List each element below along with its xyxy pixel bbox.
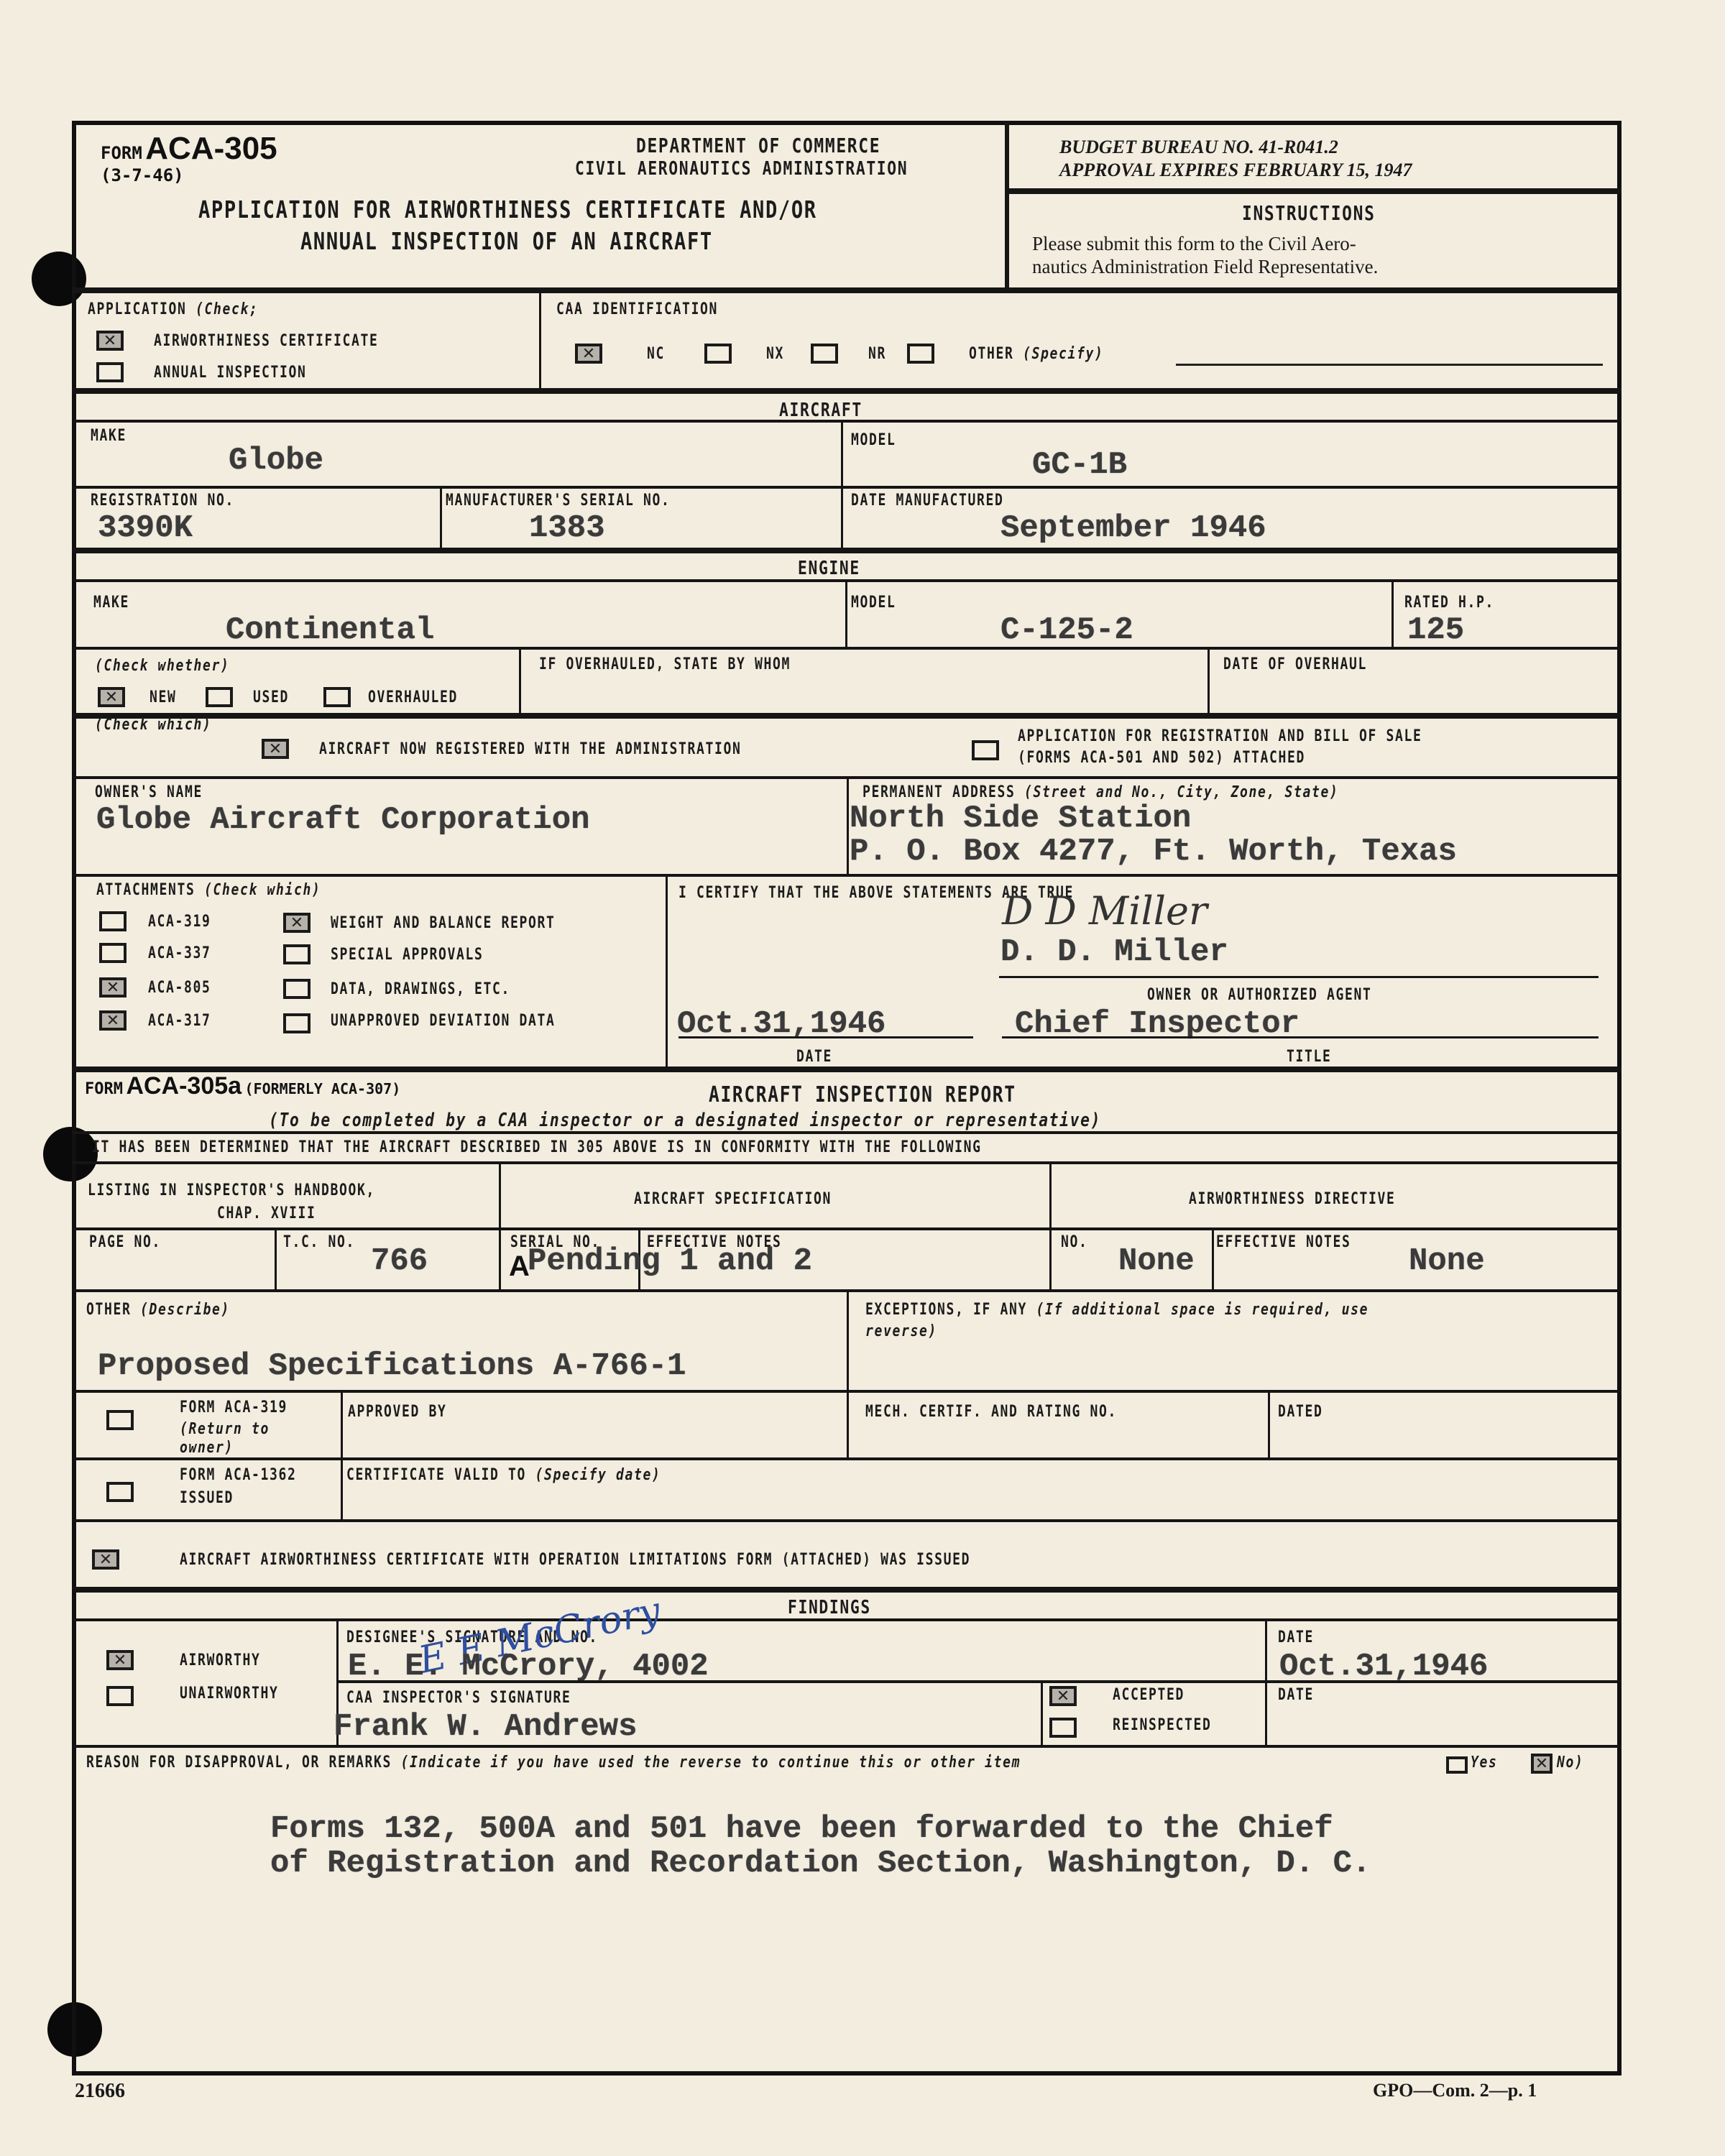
aircraft-specification-label: AIRCRAFT SPECIFICATION — [634, 1190, 832, 1208]
nx-label: NX — [766, 345, 784, 363]
caa-inspector-label: CAA INSPECTOR'S SIGNATURE — [346, 1689, 571, 1707]
registration-label: REGISTRATION NO. — [91, 492, 234, 510]
rule — [72, 1618, 1621, 1621]
aircraft-model-value: GC-1B — [1032, 447, 1127, 483]
date-manufactured-value: September 1946 — [1000, 510, 1266, 546]
budget-box-divider — [1005, 188, 1621, 194]
other-checkbox[interactable] — [907, 344, 934, 364]
serial-no-value: A — [509, 1250, 530, 1283]
caa-inspector-value: Frank W. Andrews — [333, 1709, 637, 1745]
attachment-aca-319-checkbox[interactable] — [99, 911, 126, 931]
ad-effective-notes-label: EFFECTIVE NOTES — [1216, 1233, 1351, 1251]
unairworthy-checkbox[interactable] — [106, 1686, 134, 1706]
divider — [847, 776, 849, 877]
conformity-statement: IT HAS BEEN DETERMINED THAT THE AIRCRAFT… — [92, 1138, 982, 1156]
certification-date-label: DATE — [796, 1048, 832, 1066]
divider — [1391, 579, 1394, 648]
caa-identification-label: CAA IDENTIFICATION — [556, 300, 718, 318]
owner-signature: D D Miller — [1002, 888, 1207, 934]
attachment-aca-319-label: ACA-319 — [148, 913, 211, 931]
certification-title-label: TITLE — [1287, 1048, 1332, 1066]
registration-value: 3390K — [98, 510, 193, 546]
address-line1: North Side Station — [850, 801, 1191, 837]
special-approvals-label: SPECIAL APPROVALS — [331, 946, 484, 964]
tc-no-value: 766 — [371, 1243, 428, 1279]
form-aca-1362-checkbox[interactable] — [106, 1482, 134, 1502]
dated-label: DATED — [1278, 1403, 1323, 1421]
other-label: OTHER (Specify) — [969, 345, 1104, 363]
engine-section-title: ENGINE — [798, 558, 860, 579]
exceptions-note-line2: reverse) — [865, 1322, 937, 1340]
tc-no-label: T.C. NO. — [283, 1233, 355, 1251]
airworthiness-certificate-checkbox[interactable]: ✕ — [96, 331, 124, 351]
divider — [275, 1227, 277, 1291]
attachments-label: ATTACHMENTS (Check which) — [96, 881, 321, 899]
form-prefix: FORM — [101, 143, 142, 163]
divider — [847, 1289, 849, 1459]
new-checkbox[interactable]: ✕ — [98, 687, 125, 707]
inspection-form-number: FORM ACA-305a (FORMERLY ACA-307) — [85, 1072, 400, 1100]
remarks-label: REASON FOR DISAPPROVAL, OR REMARKS (Indi… — [86, 1754, 1021, 1772]
divider — [666, 874, 668, 1068]
attachment-aca-805-label: ACA-805 — [148, 979, 211, 997]
nc-label: NC — [647, 345, 665, 363]
form-aca-319-line1: FORM ACA-319 — [180, 1399, 287, 1416]
check-which-label: (Check which) — [95, 716, 212, 734]
weight-balance-checkbox[interactable]: ✕ — [283, 913, 310, 933]
airworthiness-certificate-label: AIRWORTHINESS CERTIFICATE — [154, 332, 379, 350]
engine-section-rule — [72, 548, 1621, 553]
remarks-yes-label: Yes — [1471, 1754, 1498, 1772]
annual-inspection-label: ANNUAL INSPECTION — [154, 364, 307, 382]
overhauled-checkbox[interactable] — [323, 687, 351, 707]
engine-model-label: MODEL — [851, 594, 896, 612]
rule — [336, 1680, 1621, 1683]
rule — [72, 713, 1621, 719]
form-number: ACA-305 — [145, 131, 277, 166]
nr-checkbox[interactable] — [811, 344, 838, 364]
overhauled-by-field[interactable] — [532, 677, 1200, 713]
form-title-line1: APPLICATION FOR AIRWORTHINESS CERTIFICAT… — [198, 195, 817, 224]
rule — [72, 486, 1621, 489]
inspection-report-title: AIRCRAFT INSPECTION REPORT — [709, 1082, 1016, 1107]
registration-application-line2: (FORMS ACA-501 AND 502) ATTACHED — [1018, 749, 1305, 767]
inspection-report-rule — [72, 1067, 1621, 1072]
divider — [841, 420, 843, 549]
ad-effective-notes-value: None — [1409, 1243, 1485, 1279]
rule — [72, 1227, 1621, 1230]
application-divider — [539, 290, 541, 391]
form-aca-1362-line1: FORM ACA-1362 — [180, 1466, 297, 1484]
registered-checkbox[interactable]: ✕ — [262, 739, 289, 759]
listing-label-line1: LISTING IN INSPECTOR'S HANDBOOK, — [88, 1181, 375, 1199]
used-checkbox[interactable] — [206, 687, 233, 707]
divider — [1041, 1680, 1043, 1746]
rule — [72, 1161, 1621, 1164]
rule — [72, 420, 1621, 423]
budget-bureau-line: BUDGET BUREAU NO. 41-R041.2 — [1059, 137, 1338, 158]
divider — [1049, 1161, 1052, 1291]
other-describe-value: Proposed Specifications A-766-1 — [98, 1348, 686, 1384]
attachment-aca-337-label: ACA-337 — [148, 944, 211, 962]
attachment-aca-317-label: ACA-317 — [148, 1012, 211, 1030]
form-aca-1362-line2: ISSUED — [180, 1489, 234, 1507]
effective-notes-value: Pending 1 and 2 — [528, 1243, 812, 1279]
designee-typed-name: E. E. McCrory, 4002 — [348, 1649, 709, 1685]
footer-right-code: GPO—Com. 2—p. 1 — [1373, 2080, 1537, 2101]
engine-condition-label: (Check whether) — [95, 657, 230, 675]
owner-typed-name: D. D. Miller — [1000, 934, 1228, 970]
divider — [1268, 1390, 1270, 1459]
findings-date-label: DATE — [1278, 1628, 1314, 1646]
mech-cert-label: MECH. CERTIF. AND RATING NO. — [865, 1403, 1117, 1421]
approved-by-label: APPROVED BY — [348, 1403, 447, 1421]
address-label: PERMANENT ADDRESS (Street and No., City,… — [862, 783, 1339, 801]
remarks-yes-checkbox[interactable] — [1446, 1756, 1468, 1774]
nr-label: NR — [868, 345, 886, 363]
divider — [1207, 647, 1210, 716]
application-label: APPLICATION (Check; — [88, 300, 259, 318]
ad-no-label: NO. — [1061, 1233, 1088, 1251]
nc-checkbox[interactable]: ✕ — [575, 344, 602, 364]
owner-name-label: OWNER'S NAME — [95, 783, 203, 801]
attachment-aca-337-checkbox[interactable] — [99, 943, 126, 963]
data-drawings-checkbox[interactable] — [283, 979, 310, 999]
serial-value: 1383 — [529, 510, 605, 546]
registered-label: AIRCRAFT NOW REGISTERED WITH THE ADMINIS… — [319, 740, 742, 758]
form-aca-319-line3: owner) — [180, 1439, 234, 1457]
header-bottom-rule — [72, 287, 1621, 293]
administration-name: CIVIL AERONAUTICS ADMINISTRATION — [575, 158, 908, 180]
overhaul-date-field[interactable] — [1215, 677, 1610, 713]
page-no-label: PAGE NO. — [89, 1233, 161, 1251]
used-label: USED — [253, 688, 289, 706]
agent-label: OWNER OR AUTHORIZED AGENT — [1147, 986, 1372, 1004]
rated-hp-value: 125 — [1407, 612, 1464, 648]
overhaul-date-label: DATE OF OVERHAUL — [1223, 655, 1367, 673]
registration-application-checkbox[interactable] — [972, 740, 999, 760]
findings-date2-label: DATE — [1278, 1686, 1314, 1704]
certificate-valid-label: CERTIFICATE VALID TO (Specify date) — [346, 1466, 661, 1484]
other-specify-field[interactable] — [1176, 341, 1603, 366]
registration-application-line1: APPLICATION FOR REGISTRATION AND BILL OF… — [1018, 727, 1422, 745]
rule — [72, 1519, 1621, 1522]
findings-title: FINDINGS — [788, 1597, 871, 1618]
rule — [72, 1457, 1621, 1460]
engine-make-value: Continental — [226, 612, 434, 648]
footer-left-code: 21666 — [75, 2080, 125, 2103]
ad-no-value: None — [1118, 1243, 1195, 1279]
attachment-aca-805-checkbox[interactable]: ✕ — [99, 977, 126, 998]
approval-expires-line: APPROVAL EXPIRES FEBRUARY 15, 1947 — [1059, 160, 1412, 181]
exceptions-field[interactable] — [855, 1345, 1610, 1388]
rule — [72, 1745, 1621, 1748]
listing-label-line2: CHAP. XVIII — [217, 1204, 316, 1222]
rule — [72, 1390, 1621, 1393]
owner-name-value: Globe Aircraft Corporation — [96, 802, 590, 838]
engine-model-value: C-125-2 — [1000, 612, 1133, 648]
form-aca-319-checkbox[interactable] — [106, 1410, 134, 1430]
certificate-valid-field[interactable] — [348, 1488, 1606, 1519]
remarks-text-line1: Forms 132, 500A and 501 have been forwar… — [270, 1811, 1333, 1847]
divider — [341, 1390, 343, 1522]
new-label: NEW — [149, 688, 177, 706]
aircraft-make-label: MAKE — [91, 427, 126, 445]
overhauled-label: OVERHAULED — [368, 688, 458, 706]
accepted-label: ACCEPTED — [1113, 1686, 1184, 1704]
aircraft-section-rule — [72, 388, 1621, 394]
operation-limitations-checkbox[interactable]: ✕ — [92, 1549, 119, 1570]
divider — [1212, 1227, 1214, 1291]
date-line — [678, 1036, 973, 1038]
remarks-no-checkbox[interactable]: ✕ — [1531, 1754, 1552, 1774]
rule — [72, 874, 1621, 877]
divider — [519, 647, 521, 716]
unapproved-deviation-label: UNAPPROVED DEVIATION DATA — [331, 1012, 556, 1030]
nx-checkbox[interactable] — [704, 344, 732, 364]
engine-make-label: MAKE — [93, 594, 129, 612]
header-divider — [1005, 121, 1009, 290]
rule — [72, 1131, 1621, 1134]
instructions-title: INSTRUCTIONS — [1242, 201, 1376, 225]
exceptions-label: EXCEPTIONS, IF ANY (If additional space … — [865, 1301, 1368, 1319]
remarks-no-label: No) — [1557, 1754, 1584, 1772]
airworthy-label: AIRWORTHY — [180, 1651, 261, 1669]
airworthiness-directive-label: AIRWORTHINESS DIRECTIVE — [1189, 1190, 1396, 1208]
divider — [499, 1161, 501, 1291]
rule — [72, 647, 1621, 650]
title-line — [1002, 1036, 1598, 1038]
special-approvals-checkbox[interactable] — [283, 944, 310, 964]
aircraft-section-title: AIRCRAFT — [779, 400, 862, 421]
form-number-block: FORM ACA-305 — [101, 131, 277, 167]
overhauled-by-label: IF OVERHAULED, STATE BY WHOM — [539, 655, 791, 673]
rated-hp-label: RATED H.P. — [1404, 594, 1494, 612]
unapproved-deviation-checkbox[interactable] — [283, 1013, 310, 1033]
date-manufactured-label: DATE MANUFACTURED — [851, 492, 1004, 510]
inspection-report-subtitle: (To be completed by a CAA inspector or a… — [269, 1110, 1101, 1131]
aircraft-model-label: MODEL — [851, 431, 896, 449]
remarks-text-line2: of Registration and Recordation Section,… — [270, 1846, 1371, 1881]
aircraft-make-value: Globe — [229, 443, 323, 479]
accepted-checkbox[interactable]: ✕ — [1049, 1686, 1077, 1706]
signature-line — [999, 976, 1598, 978]
reinspected-label: REINSPECTED — [1113, 1716, 1212, 1734]
instructions-line2: nautics Administration Field Representat… — [1032, 256, 1378, 278]
form-date: (3-7-46) — [101, 165, 184, 185]
address-line2: P. O. Box 4277, Ft. Worth, Texas — [850, 834, 1457, 870]
unairworthy-label: UNAIRWORTHY — [180, 1685, 279, 1703]
airworthy-checkbox[interactable]: ✕ — [106, 1650, 134, 1670]
annual-inspection-checkbox[interactable] — [96, 362, 124, 382]
weight-balance-label: WEIGHT AND BALANCE REPORT — [331, 914, 556, 932]
divider — [440, 486, 442, 549]
operation-limitations-label: AIRCRAFT AIRWORTHINESS CERTIFICATE WITH … — [180, 1551, 970, 1569]
department-name: DEPARTMENT OF COMMERCE — [636, 134, 880, 157]
findings-rule — [72, 1587, 1621, 1593]
other-describe-label: OTHER (Describe) — [86, 1301, 230, 1319]
reinspected-checkbox[interactable] — [1049, 1718, 1077, 1738]
findings-date-value: Oct.31,1946 — [1279, 1649, 1488, 1685]
form-aca-319-line2: (Return to — [180, 1420, 270, 1438]
instructions-line1: Please submit this form to the Civil Aer… — [1032, 233, 1356, 255]
serial-label: MANUFACTURER'S SERIAL NO. — [446, 492, 671, 510]
attachment-aca-317-checkbox[interactable]: ✕ — [99, 1010, 126, 1031]
divider — [845, 579, 847, 648]
form-title-line2: ANNUAL INSPECTION OF AN AIRCRAFT — [300, 227, 713, 255]
data-drawings-label: DATA, DRAWINGS, ETC. — [331, 980, 510, 998]
